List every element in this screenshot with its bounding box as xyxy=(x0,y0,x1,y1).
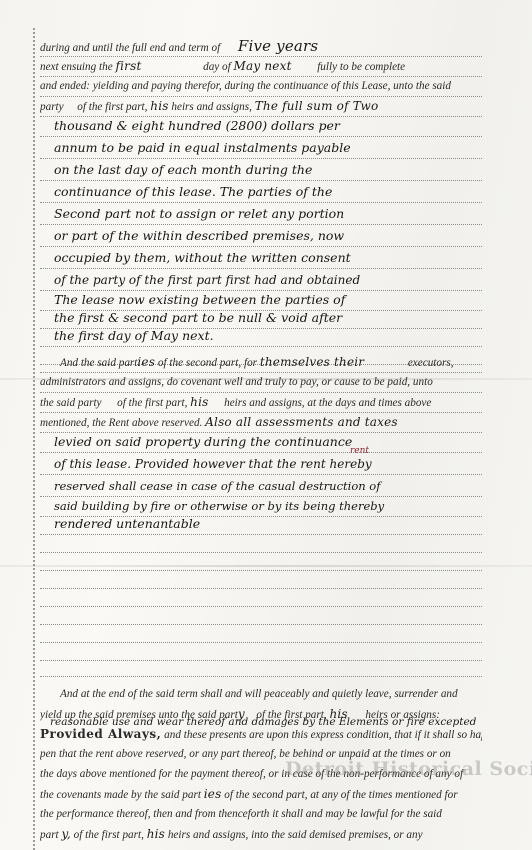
blank-line xyxy=(40,656,482,677)
surrender-line-3: Provided Always, and these presents are … xyxy=(40,724,482,744)
surrender-line-8: part y, of the first part, his heirs and… xyxy=(40,824,482,844)
surrender-line-7: the performance thereof, then and from t… xyxy=(40,804,482,824)
handwritten-line: levied on said property during the conti… xyxy=(40,432,482,453)
provided-always-heading: Provided Always, xyxy=(40,727,161,741)
handwritten-line: annum to be paid in equal instalments pa… xyxy=(40,138,482,159)
watermark-text: Detroit Historical Society xyxy=(285,758,532,780)
term-line-3: and ended: yielding and paying therefor,… xyxy=(40,76,482,97)
term-line-2: next ensuing the first day of May next f… xyxy=(40,56,482,77)
covenant-line-3: the said party of the first part, his he… xyxy=(40,392,482,413)
handwritten-line: continuance of this lease. The parties o… xyxy=(40,182,482,203)
handwritten-line: or part of the within described premises… xyxy=(40,226,482,247)
handwritten-line: occupied by them, without the written co… xyxy=(40,248,482,269)
handwritten-term: Five years xyxy=(238,37,319,55)
covenant-line-1: And the said parties of the second part,… xyxy=(40,352,482,373)
handwritten-line: of this lease. Provided however that the… xyxy=(40,454,482,475)
lease-document-page: during and until the full end and term o… xyxy=(0,0,532,850)
term-line-4: party of the first part, his heirs and a… xyxy=(40,96,482,117)
surrender-line-1: And at the end of the said term shall an… xyxy=(40,684,482,704)
left-margin-rule xyxy=(33,28,39,850)
handwritten-line: of the party of the first part first had… xyxy=(40,270,482,291)
covenant-line-4: mentioned, the Rent above reserved. Also… xyxy=(40,412,482,433)
term-line-1: during and until the full end and term o… xyxy=(40,36,482,57)
covenant-line-2: administrators and assigns, do covenant … xyxy=(40,372,482,393)
handwritten-line: Second part not to assign or relet any p… xyxy=(40,204,482,225)
surrender-line-6: the covenants made by the said part ies … xyxy=(40,784,482,804)
handwritten-line: reserved shall cease in case of the casu… xyxy=(40,476,482,497)
handwritten-line: on the last day of each month during the xyxy=(40,160,482,181)
handwritten-line: thousand & eight hundred (2800) dollars … xyxy=(40,116,482,137)
